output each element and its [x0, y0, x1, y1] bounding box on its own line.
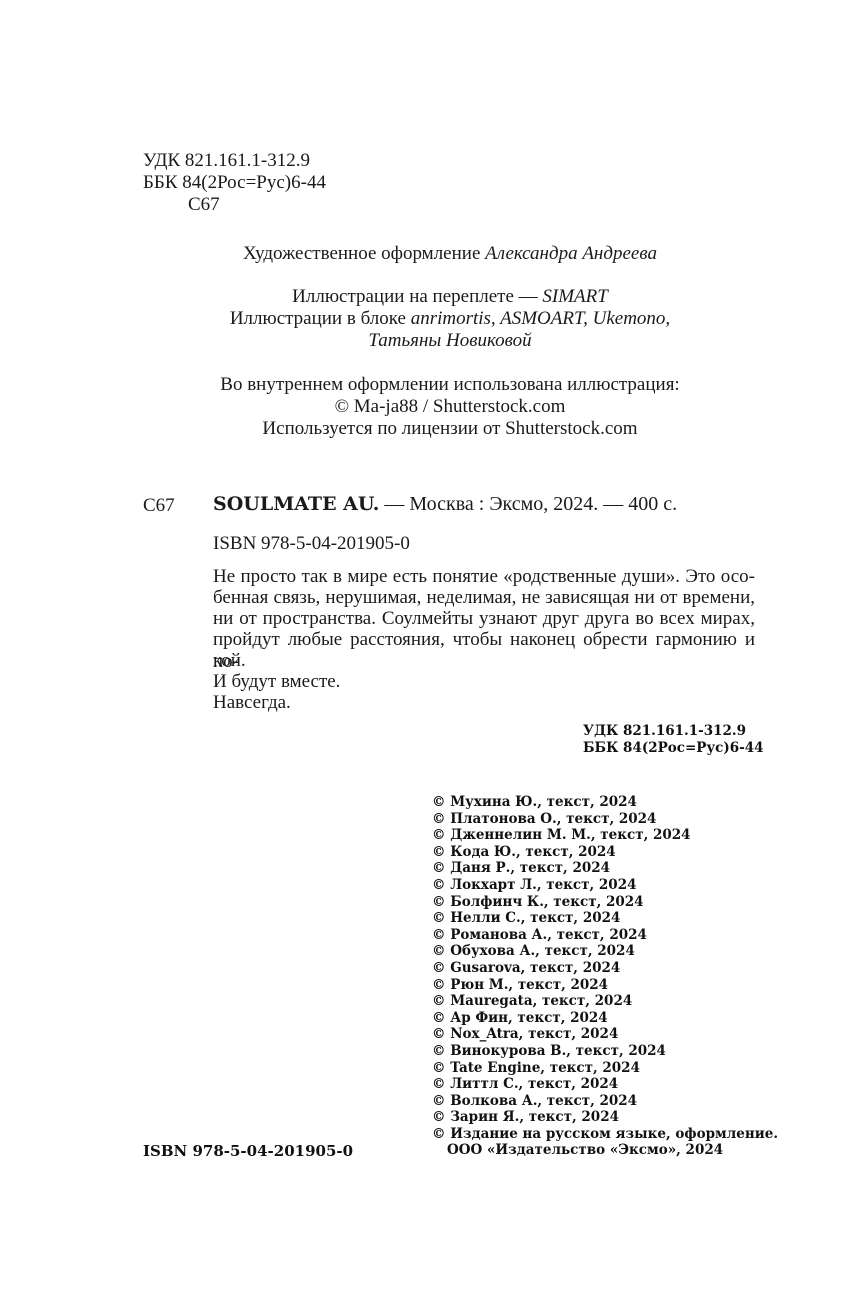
copyright-line: © Мухина Ю., текст, 2024	[432, 794, 778, 811]
inner-line-1: Во внутреннем оформлении использована ил…	[28, 374, 844, 396]
copyright-line: © Локхарт Л., текст, 2024	[432, 877, 778, 894]
copyright-line: © Издание на русском языке, оформление.	[432, 1126, 778, 1143]
isbn-bottom: ISBN 978-5-04-201905-0	[143, 1143, 353, 1160]
udc-code: УДК 821.161.1-312.9	[143, 150, 326, 172]
design-credit: Художественное оформление Александра Анд…	[28, 243, 844, 265]
right-classification: УДК 821.161.1-312.9 ББК 84(2Рос=Рус)6-44	[583, 723, 764, 756]
bbk-code-bold: ББК 84(2Рос=Рус)6-44	[583, 740, 764, 757]
annotation-line: бенная связь, нерушимая, неделимая, не з…	[213, 587, 755, 608]
inner-illustration-credits: Во внутреннем оформлении использована ил…	[28, 374, 844, 440]
design-name: Александра Андреева	[485, 243, 657, 264]
imprint: — Москва : Эксмо, 2024. — 400 с.	[379, 493, 677, 515]
cover-label: Иллюстрации на переплете —	[292, 286, 542, 307]
copyright-line: © Винокурова В., текст, 2024	[432, 1043, 778, 1060]
inner-line-3: Используется по лицензии от Shutterstock…	[28, 418, 844, 440]
copyright-line: © Tate Engine, текст, 2024	[432, 1060, 778, 1077]
annotation-line-3: Навсегда.	[213, 692, 755, 713]
copyright-line: © Ар Фин, текст, 2024	[432, 1010, 778, 1027]
annotation-line: ни от пространства. Соулмейты узнают дру…	[213, 608, 755, 629]
copyright-line: © Волкова А., текст, 2024	[432, 1093, 778, 1110]
block-label: Иллюстрации в блоке	[230, 308, 411, 329]
copyright-line: © Дженнелин М. М., текст, 2024	[432, 827, 778, 844]
annotation-line: кой.	[213, 650, 755, 671]
copyright-line: © Даня Р., текст, 2024	[432, 860, 778, 877]
book-title: SOULMATE AU.	[213, 493, 379, 515]
author-sign: С67	[143, 194, 326, 216]
copyright-line: © Зарин Я., текст, 2024	[432, 1109, 778, 1126]
classification-block: УДК 821.161.1-312.9 ББК 84(2Рос=Рус)6-44…	[143, 150, 326, 216]
bbk-code: ББК 84(2Рос=Рус)6-44	[143, 172, 326, 194]
cover-name: SIMART	[542, 286, 607, 307]
copyright-line: © Gusarova, текст, 2024	[432, 960, 778, 977]
annotation-line-2: И будут вместе.	[213, 671, 755, 692]
copyright-line: © Литтл С., текст, 2024	[432, 1076, 778, 1093]
copyright-list: © Мухина Ю., текст, 2024© Платонова О., …	[432, 794, 778, 1159]
copyright-line: © Болфинч К., текст, 2024	[432, 894, 778, 911]
biblio-code: С67	[143, 495, 175, 517]
isbn: ISBN 978-5-04-201905-0	[213, 533, 410, 555]
copyright-line: © Платонова О., текст, 2024	[432, 811, 778, 828]
publisher-line: ООО «Издательство «Эксмо», 2024	[432, 1142, 778, 1159]
inner-line-2: © Ma-ja88 / Shutterstock.com	[28, 396, 844, 418]
udc-code-bold: УДК 821.161.1-312.9	[583, 723, 764, 740]
copyright-line: © Рюн М., текст, 2024	[432, 977, 778, 994]
copyright-line: © Кода Ю., текст, 2024	[432, 844, 778, 861]
biblio-record: SOULMATE AU. — Москва : Эксмо, 2024. — 4…	[213, 493, 677, 515]
design-label: Художественное оформление	[243, 243, 485, 264]
copyright-line: © Обухова А., текст, 2024	[432, 943, 778, 960]
annotation-line: Не просто так в мире есть понятие «родст…	[213, 566, 755, 587]
copyright-line: © Романова А., текст, 2024	[432, 927, 778, 944]
copyright-line: © Nox_Atra, текст, 2024	[432, 1026, 778, 1043]
copyright-line: © Mauregata, текст, 2024	[432, 993, 778, 1010]
annotation-line: пройдут любые расстояния, чтобы наконец …	[213, 629, 755, 650]
illustration-credits: Иллюстрации на переплете — SIMART Иллюст…	[28, 286, 844, 352]
annotation: Не просто так в мире есть понятие «родст…	[213, 566, 755, 713]
block-names: anrimortis, ASMOART, Ukemono,	[411, 308, 670, 329]
block-names-2: Татьяны Новиковой	[28, 330, 844, 352]
copyright-line: © Нелли С., текст, 2024	[432, 910, 778, 927]
